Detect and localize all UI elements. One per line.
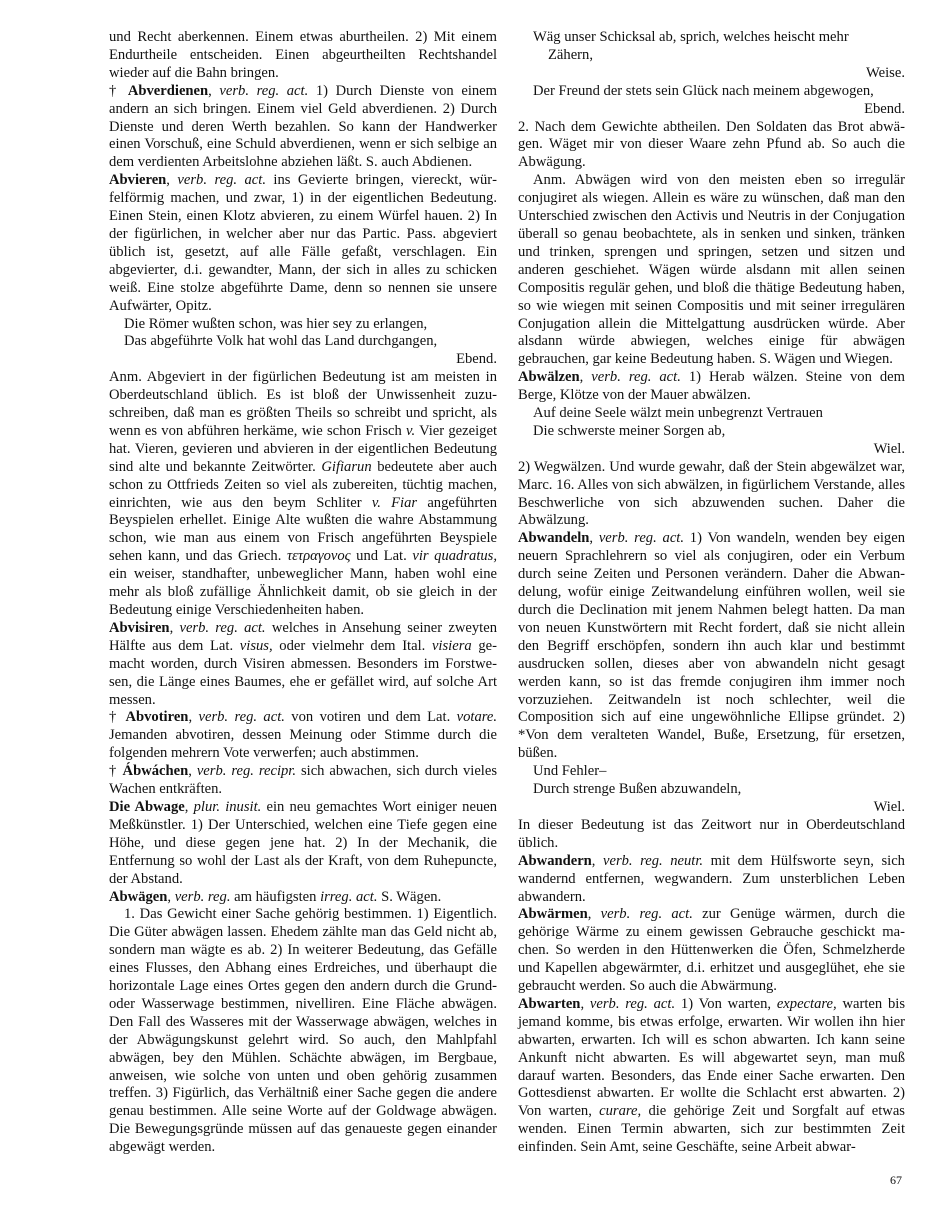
headword: Abwandeln: [518, 530, 589, 546]
verse-line: Die schwerste meiner Sorgen ab,: [518, 423, 905, 441]
headword: Die Abwage: [109, 799, 185, 815]
dictionary-entry: Abwägen, verb. reg. am häufigsten irreg.…: [109, 889, 497, 907]
verse-line: Der Freund der stets sein Glück nach mei…: [518, 83, 905, 101]
headword: Abwandern: [518, 853, 592, 869]
dictionary-entry: und Recht aberkennen. Einem etwas aburth…: [109, 29, 497, 83]
grammar-note: verb. reg. act.: [601, 906, 693, 922]
grammar-note: v. Fiar: [372, 495, 417, 511]
entry-text: †: [109, 83, 128, 99]
dictionary-entry: Anm. Abwägen wird von den meisten eben s…: [518, 172, 905, 369]
citation-source: Wiel.: [518, 799, 905, 817]
entry-text: ,: [188, 709, 198, 725]
entry-text: ,: [166, 172, 177, 188]
entry-text: ,: [580, 369, 592, 385]
grammar-note: plur. inusit.: [194, 799, 262, 815]
headword: Abwägen: [109, 889, 167, 905]
dictionary-entry: Abwandeln, verb. reg. act. 1) Von wandel…: [518, 530, 905, 763]
grammar-note: verb. reg. act.: [219, 83, 308, 99]
grammar-note: visus,: [240, 638, 273, 654]
headword: Abwarten: [518, 996, 580, 1012]
entry-text: 2. Nach dem Gewichte abtheilen. Den Sold…: [518, 119, 905, 171]
dictionary-entry: Abvisiren, verb. reg. act. welches in An…: [109, 620, 497, 710]
entry-text: Anm. Abwägen wird von den meisten eben s…: [518, 172, 905, 367]
entry-text: ins Gevierte bringen, viereckt, wür­felf…: [109, 172, 497, 313]
grammar-note: verb. reg. act.: [599, 530, 684, 546]
dictionary-entry: In dieser Bedeutung ist das Zeitwort nur…: [518, 817, 905, 853]
grammar-note: verb. reg. act.: [177, 172, 266, 188]
entry-text: ,: [580, 996, 589, 1012]
entry-text: 1. Das Gewicht einer Sache gehörig besti…: [109, 906, 497, 1155]
entry-text: ein weiser, standhafter, unbeweglicher M…: [109, 566, 497, 618]
entry-text: warten bis jemand komme, bis etwas erfol…: [518, 996, 905, 1119]
grammar-note: verb. reg.: [175, 889, 231, 905]
headword: Abvisiren: [109, 620, 170, 636]
grammar-note: visiera: [432, 638, 472, 654]
entry-text: In dieser Bedeutung ist das Zeitwort nur…: [518, 817, 905, 851]
dictionary-entry: † Abvotiren, verb. reg. act. von votiren…: [109, 709, 497, 763]
verse-line: Auf deine Seele wälzt mein unbegrenzt Ve…: [518, 405, 905, 423]
entry-text: ,: [167, 889, 174, 905]
grammar-note: verb. reg. neutr.: [603, 853, 703, 869]
grammar-note: verb. reg. act.: [179, 620, 265, 636]
headword: Abwälzen: [518, 369, 580, 385]
entry-text: ,: [592, 853, 603, 869]
headword: Abvotiren: [125, 709, 188, 725]
dictionary-entry: Abvieren, verb. reg. act. ins Gevierte b…: [109, 172, 497, 315]
entry-text: und Recht aberkennen. Einem etwas aburth…: [109, 29, 497, 81]
grammar-note: v.: [406, 423, 415, 439]
dictionary-entry: 2) Wegwälzen. Und wurde gewahr, daß der …: [518, 459, 905, 531]
dictionary-entry: 1. Das Gewicht einer Sache gehörig besti…: [109, 906, 497, 1157]
verse-line: Die Römer wußten schon, was hier sey zu …: [109, 316, 497, 334]
verse-line: Zähern,: [518, 47, 905, 65]
entry-text: 2) Wegwälzen. Und wurde gewahr, daß der …: [518, 459, 905, 529]
dictionary-entry: Anm. Abgeviert in der figürlichen Bedeut…: [109, 369, 497, 620]
grammar-note: votare.: [457, 709, 497, 725]
entry-text: ,: [588, 906, 601, 922]
entry-text: S. Wägen.: [377, 889, 441, 905]
entry-text: von votiren und dem Lat.: [285, 709, 457, 725]
right-column: Wäg unser Schicksal ab, sprich, welches …: [518, 29, 905, 1157]
grammar-note: curare,: [599, 1103, 641, 1119]
verse-line: Wäg unser Schicksal ab, sprich, welches …: [518, 29, 905, 47]
entry-text: 1) Von warten,: [675, 996, 777, 1012]
grammar-note: expectare,: [777, 996, 837, 1012]
citation-source: Weise.: [518, 65, 905, 83]
headword: Abverdienen: [128, 83, 208, 99]
entry-text: oder vielmehr dem Ital.: [273, 638, 432, 654]
dictionary-entry: Abwandern, verb. reg. neutr. mit dem Hül…: [518, 853, 905, 907]
entry-text: ,: [188, 763, 197, 779]
grammar-note: τετραγονος: [287, 548, 351, 564]
citation-source: Wiel.: [518, 441, 905, 459]
grammar-note: verb. reg. act.: [590, 996, 675, 1012]
dictionary-entry: Abwälzen, verb. reg. act. 1) Herab wälze…: [518, 369, 905, 405]
page-number: 67: [890, 1173, 902, 1188]
headword: Abvieren: [109, 172, 166, 188]
grammar-note: Gifiarun: [321, 459, 371, 475]
verse-line: Durch strenge Bußen abzuwandeln,: [518, 781, 905, 799]
dictionary-entry: † Ábwáchen, verb. reg. recipr. sich abwa…: [109, 763, 497, 799]
grammar-note: verb. reg. act.: [591, 369, 681, 385]
grammar-note: vir quadratus,: [412, 548, 497, 564]
dictionary-entry: Die Abwage, plur. inusit. ein neu gemach…: [109, 799, 497, 889]
entry-text: ,: [170, 620, 180, 636]
entry-text: Jemanden abvotiren, dessen Meinung oder …: [109, 727, 497, 761]
headword: Abwärmen: [518, 906, 588, 922]
dictionary-entry: † Abverdienen, verb. reg. act. 1) Durch …: [109, 83, 497, 173]
citation-source: Ebend.: [518, 101, 905, 119]
grammar-note: verb. reg. recipr.: [197, 763, 296, 779]
entry-text: †: [109, 709, 125, 725]
dictionary-entry: Abwärmen, verb. reg. act. zur Genüge wär…: [518, 906, 905, 996]
entry-text: ,: [185, 799, 194, 815]
citation-source: Ebend.: [109, 351, 497, 369]
left-column: und Recht aberkennen. Einem etwas aburth…: [109, 29, 497, 1157]
entry-text: und Lat.: [351, 548, 413, 564]
entry-text: ,: [208, 83, 219, 99]
verse-line: Und Fehler–: [518, 763, 905, 781]
dictionary-entry: Abwarten, verb. reg. act. 1) Von warten,…: [518, 996, 905, 1157]
entry-text: †: [109, 763, 123, 779]
grammar-note: irreg. act.: [320, 889, 377, 905]
dictionary-entry: 2. Nach dem Gewichte abtheilen. Den Sold…: [518, 119, 905, 173]
entry-text: 1) Von wandeln, wenden bey eigen neuern …: [518, 530, 905, 761]
verse-line: Das abgeführte Volk hat wohl das Land du…: [109, 333, 497, 351]
headword: Ábwáchen: [123, 763, 189, 779]
entry-text: ,: [589, 530, 598, 546]
grammar-note: verb. reg. act.: [198, 709, 284, 725]
entry-text: am häufigsten: [230, 889, 320, 905]
